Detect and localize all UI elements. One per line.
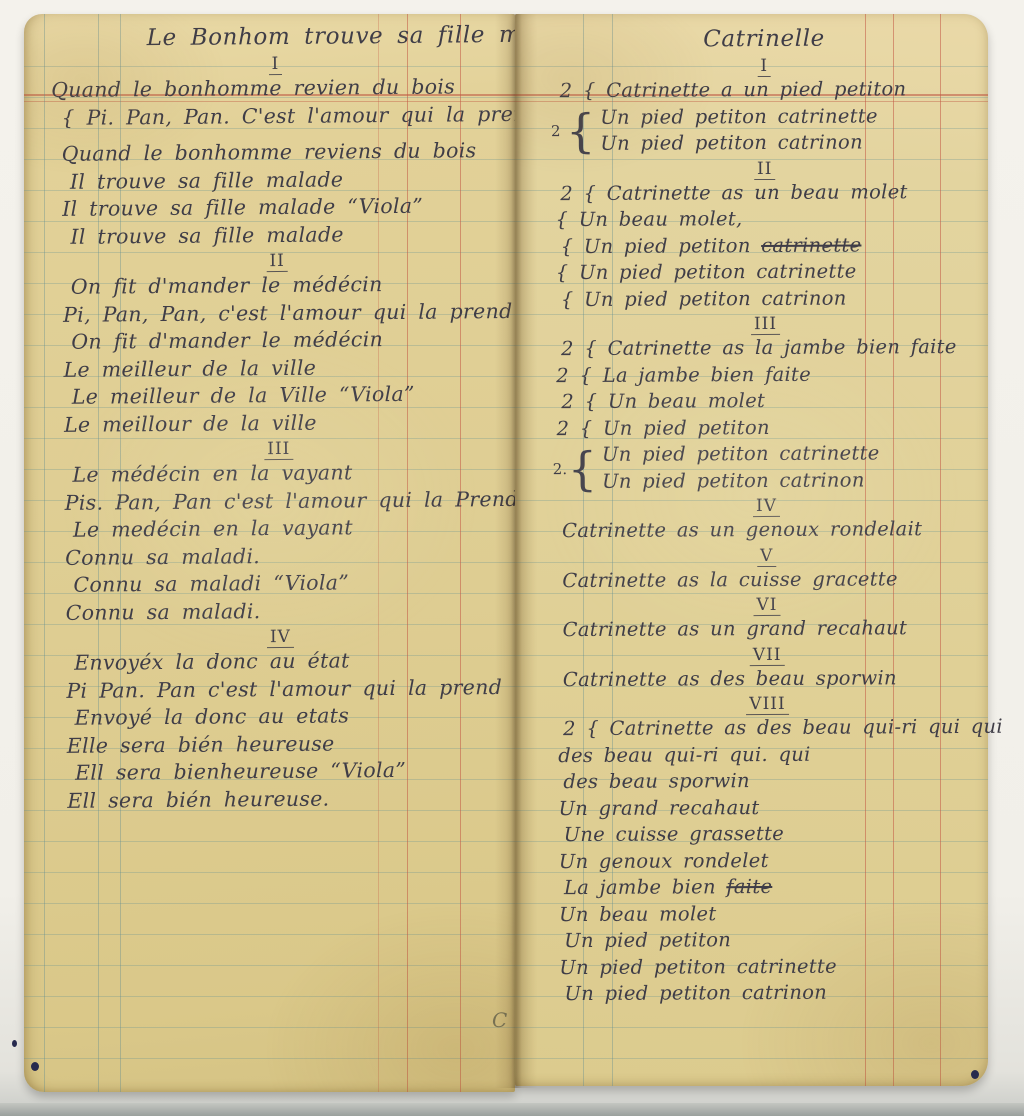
handwritten-line: Le meilleur de la Ville “Viola”	[72, 380, 503, 411]
handwritten-line: Le medécin en la vayant	[73, 513, 504, 544]
ink-dot	[31, 1062, 39, 1071]
section-heading: I	[551, 55, 978, 78]
handwritten-line: { Pi. Pan, Pan. C'est l'amour qui la pre…	[61, 101, 500, 132]
brace-group: 2{Un pied petiton catrinetteUn pied peti…	[551, 102, 978, 157]
handwritten-line: Pi, Pan, Pan, c'est l'amour qui la prend	[63, 298, 502, 329]
handwritten-line: Un genoux rondelet	[559, 846, 982, 875]
stanza: VIII2 { Catrinette as des beau qui-ri qu…	[554, 693, 983, 1008]
brace-glyph: {	[568, 443, 598, 493]
section-numeral: V	[757, 545, 776, 566]
section-heading: II	[551, 157, 978, 180]
stanza: III2 { Catrinette as la jambe bien faite…	[552, 313, 980, 495]
section-heading: V	[553, 544, 980, 567]
right-page-sections: I2 { Catrinette a un pied petiton2{Un pi…	[551, 55, 983, 1008]
section-numeral: IV	[753, 496, 780, 517]
section-heading: VIII	[554, 693, 981, 716]
handwritten-line: Il trouve sa fille malade	[70, 165, 501, 196]
handwritten-line: 2 { Catrinette as des beau qui-ri qui qu…	[563, 714, 981, 743]
handwritten-line: Le meillour de la ville	[64, 408, 503, 439]
handwritten-line: Connu sa maladi.	[66, 596, 505, 627]
stanza: IVCatrinette as un genoux rondelait	[553, 495, 980, 545]
handwritten-line: Catrinette as un genoux rondelait	[562, 516, 980, 545]
section-numeral: VII	[750, 644, 785, 665]
handwritten-line: Un pied petiton catrinon	[564, 979, 982, 1008]
handwritten-line: { Un pied petiton catrinon	[561, 284, 979, 313]
handwritten-line: Le meilleur de la ville	[63, 353, 502, 384]
notebook-scan: Le Bonhom trouve sa fille malag IQuand l…	[0, 0, 1024, 1116]
handwritten-line: Ell sera bienheureuse “Viola”	[75, 756, 506, 787]
handwritten-line: Le médécin en la vayant	[72, 458, 503, 489]
handwritten-line: { Un beau molet,	[555, 205, 978, 234]
stanza: II2 { Catrinette as un beau molet{ Un be…	[551, 157, 979, 313]
handwritten-line: Catrinette as un grand recahaut	[563, 615, 981, 644]
section-numeral: I	[268, 54, 282, 75]
section-heading: VI	[553, 594, 980, 617]
repeat-count: 2.	[553, 460, 568, 478]
handwritten-line: 2 { Un beau molet	[561, 387, 979, 416]
stanza: VCatrinette as la cuisse gracette	[553, 544, 980, 594]
section-numeral: III	[751, 314, 780, 335]
left-page: Le Bonhom trouve sa fille malag IQuand l…	[24, 14, 515, 1092]
handwritten-line: On fit d'mander le médécin	[71, 270, 502, 301]
handwritten-line: Il trouve sa fille malade	[70, 220, 501, 251]
handwritten-line: Connu sa maladi “Viola”	[73, 568, 504, 599]
section-numeral: VIII	[746, 694, 789, 715]
page-title: Le Bonhom trouve sa fille malag	[51, 20, 500, 54]
section-numeral: II	[754, 158, 776, 179]
section-numeral: II	[266, 251, 288, 272]
stanza: I2 { Catrinette a un pied petiton2{Un pi…	[551, 55, 979, 158]
ink-dot	[971, 1070, 979, 1079]
handwritten-line: Connu sa maladi.	[65, 541, 504, 572]
handwritten-line: Envoyéx la donc au état	[74, 646, 505, 677]
struck-word: faite	[726, 875, 772, 898]
stanza: IIOn fit d'mander le médécinPi, Pan, Pan…	[53, 249, 504, 439]
handwritten-line: On fit d'mander le médécin	[71, 325, 502, 356]
handwritten-line: { Un pied petiton catrinette	[561, 231, 979, 260]
handwritten-line: Un pied petiton catrinon	[600, 129, 878, 157]
handwritten-line: Un pied petiton catrinette	[602, 440, 880, 468]
handwritten-line: Un pied petiton catrinon	[602, 467, 880, 495]
handwritten-line: Elle sera bién heureuse	[67, 729, 506, 760]
handwritten-line: La jambe bien faite	[564, 873, 982, 902]
section-numeral: III	[264, 439, 293, 460]
handwritten-line: des beau qui-ri qui. qui	[558, 740, 981, 769]
handwritten-line: 2 { Catrinette a un pied petiton	[560, 76, 978, 105]
handwritten-line: Pi Pan. Pan c'est l'amour qui la prend	[66, 674, 505, 705]
stanza: IIILe médécin en la vayantPis. Pan, Pan …	[54, 437, 505, 627]
group-lines: Un pied petiton catrinetteUn pied petito…	[600, 103, 878, 157]
handwritten-line: Un beau molet	[559, 899, 982, 928]
right-page-text: Catrinelle I2 { Catrinette a un pied pet…	[550, 23, 982, 1008]
section-heading: VII	[554, 643, 981, 666]
stanza: IVEnvoyéx la donc au étatPi Pan. Pan c'e…	[56, 625, 507, 815]
handwritten-line: Il trouve sa fille malade “Viola”	[62, 192, 501, 223]
section-heading: IV	[553, 495, 980, 518]
section-numeral: I	[757, 56, 771, 77]
handwritten-line: Catrinette as des beau sporwin	[563, 664, 981, 693]
page-title: Catrinelle	[550, 23, 977, 55]
handwritten-line: Envoyé la donc au etats	[74, 701, 505, 732]
handwritten-line: Un pied petiton	[564, 926, 982, 955]
pencil-mark: C	[492, 1008, 507, 1032]
stanza: VIICatrinette as des beau sporwin	[554, 643, 981, 693]
brace-group: 2.{Un pied petiton catrinetteUn pied pet…	[553, 440, 980, 495]
section-numeral: VI	[753, 595, 780, 616]
handwritten-line: { Un pied petiton catrinette	[556, 258, 979, 287]
handwritten-line: 2 { La jambe bien faite	[556, 360, 979, 389]
margin-rule	[44, 14, 45, 1092]
group-lines: Un pied petiton catrinetteUn pied petito…	[602, 440, 880, 494]
stanza: VICatrinette as un grand recahaut	[553, 594, 980, 644]
handwritten-line: Un pied petiton catrinette	[559, 952, 982, 981]
handwritten-line: Catrinette as la cuisse gracette	[562, 565, 980, 594]
left-page-sections: IQuand le bonhomme revien du bois{ Pi. P…	[51, 52, 507, 815]
handwritten-line: Un grand recahaut	[558, 793, 981, 822]
struck-word: catrinette	[761, 233, 861, 257]
right-page: Catrinelle I2 { Catrinette a un pied pet…	[515, 14, 988, 1086]
handwritten-line: Pis. Pan, Pan c'est l'amour qui la Prend	[65, 486, 504, 517]
repeat-count: 2	[551, 122, 566, 140]
handwritten-line: 2 { Catrinette as la jambe bien faite	[561, 334, 979, 363]
handwritten-line: 2 { Un pied petiton	[556, 413, 979, 442]
handwritten-line: Un pied petiton catrinette	[600, 103, 878, 131]
ink-dot	[12, 1040, 17, 1047]
handwritten-line: 2 { Catrinette as un beau molet	[560, 178, 978, 207]
handwritten-line: des beau sporwin	[563, 767, 981, 796]
brace-glyph: {	[566, 106, 596, 156]
handwritten-line: Ell sera bién heureuse.	[67, 784, 506, 815]
scan-edge	[0, 1103, 1024, 1116]
handwritten-line: Quand le bonhomme reviens du bois	[62, 137, 501, 168]
handwritten-line: Quand le bonhomme revien du bois	[51, 73, 500, 104]
section-numeral: IV	[267, 627, 294, 648]
left-page-text: Le Bonhom trouve sa fille malag IQuand l…	[51, 20, 507, 815]
stanza: IQuand le bonhomme revien du bois{ Pi. P…	[51, 52, 502, 251]
section-heading: III	[552, 313, 979, 336]
handwritten-line: Une cuisse grassette	[564, 820, 982, 849]
